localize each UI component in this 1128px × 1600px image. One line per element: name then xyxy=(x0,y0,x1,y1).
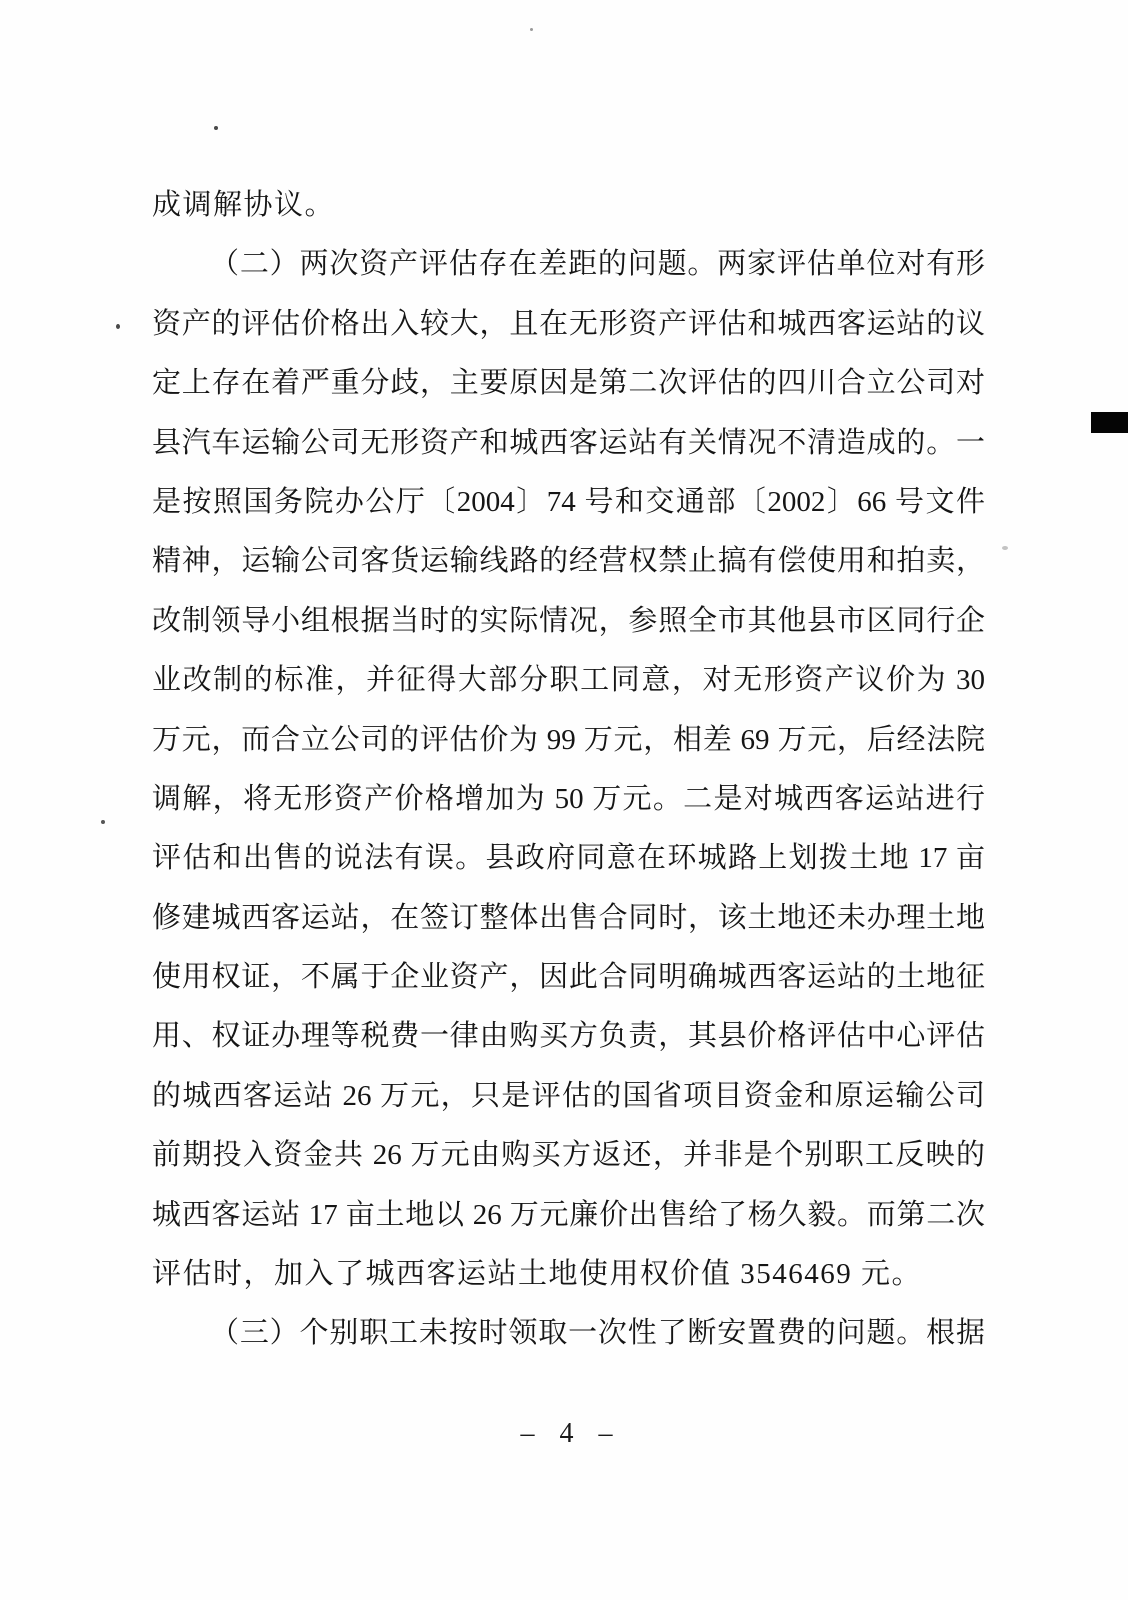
text-line: 精神，运输公司客货运输线路的经营权禁止搞有偿使用和拍卖， xyxy=(152,532,985,591)
text-line: 万元，而合立公司的评估价为 99 万元，相差 69 万元，后经法院 xyxy=(152,711,985,770)
scan-ink-artifact xyxy=(1091,412,1128,433)
text-line: （二）两次资产评估存在差距的问题。两家评估单位对有形 xyxy=(152,235,985,294)
text-line: 城西客运站 17 亩土地以 26 万元廉价出售给了杨久毅。而第二次 xyxy=(152,1186,985,1245)
text-line: 定上存在着严重分歧，主要原因是第二次评估的四川合立公司对 xyxy=(152,354,985,413)
text-line: 的城西客运站 26 万元，只是评估的国省项目资金和原运输公司 xyxy=(152,1067,985,1126)
text-line: （三）个别职工未按时领取一次性了断安置费的问题。根据 xyxy=(152,1304,985,1363)
scanned-document-page: 成调解协议。（二）两次资产评估存在差距的问题。两家评估单位对有形资产的评估价格出… xyxy=(0,0,1128,1600)
page-number: – 4 – xyxy=(152,1412,985,1456)
text-line: 资产的评估价格出入较大，且在无形资产评估和城西客运站的议 xyxy=(152,295,985,354)
text-line: 成调解协议。 xyxy=(152,176,985,235)
scan-speck xyxy=(116,324,120,329)
text-line: 评估时，加入了城西客运站土地使用权价值 3546469 元。 xyxy=(152,1245,985,1304)
text-line: 调解，将无形资产价格增加为 50 万元。二是对城西客运站进行 xyxy=(152,770,985,829)
text-line: 使用权证，不属于企业资产，因此合同明确城西客运站的土地征 xyxy=(152,948,985,1007)
text-line: 前期投入资金共 26 万元由购买方返还，并非是个别职工反映的 xyxy=(152,1126,985,1185)
document-body: 成调解协议。（二）两次资产评估存在差距的问题。两家评估单位对有形资产的评估价格出… xyxy=(152,176,985,1364)
scan-speck xyxy=(530,28,533,31)
scan-speck xyxy=(1002,546,1008,550)
text-line: 改制领导小组根据当时的实际情况，参照全市其他县市区同行企 xyxy=(152,592,985,651)
scan-speck xyxy=(101,820,105,824)
text-line: 是按照国务院办公厅〔2004〕74 号和交通部〔2002〕66 号文件 xyxy=(152,473,985,532)
text-line: 县汽车运输公司无形资产和城西客运站有关情况不清造成的。一 xyxy=(152,414,985,473)
text-line: 评估和出售的说法有误。县政府同意在环城路上划拨土地 17 亩 xyxy=(152,829,985,888)
scan-speck xyxy=(214,126,218,130)
text-line: 用、权证办理等税费一律由购买方负责，其县价格评估中心评估 xyxy=(152,1007,985,1066)
text-line: 业改制的标准，并征得大部分职工同意，对无形资产议价为 30 xyxy=(152,651,985,710)
text-line: 修建城西客运站，在签订整体出售合同时，该土地还未办理土地 xyxy=(152,889,985,948)
